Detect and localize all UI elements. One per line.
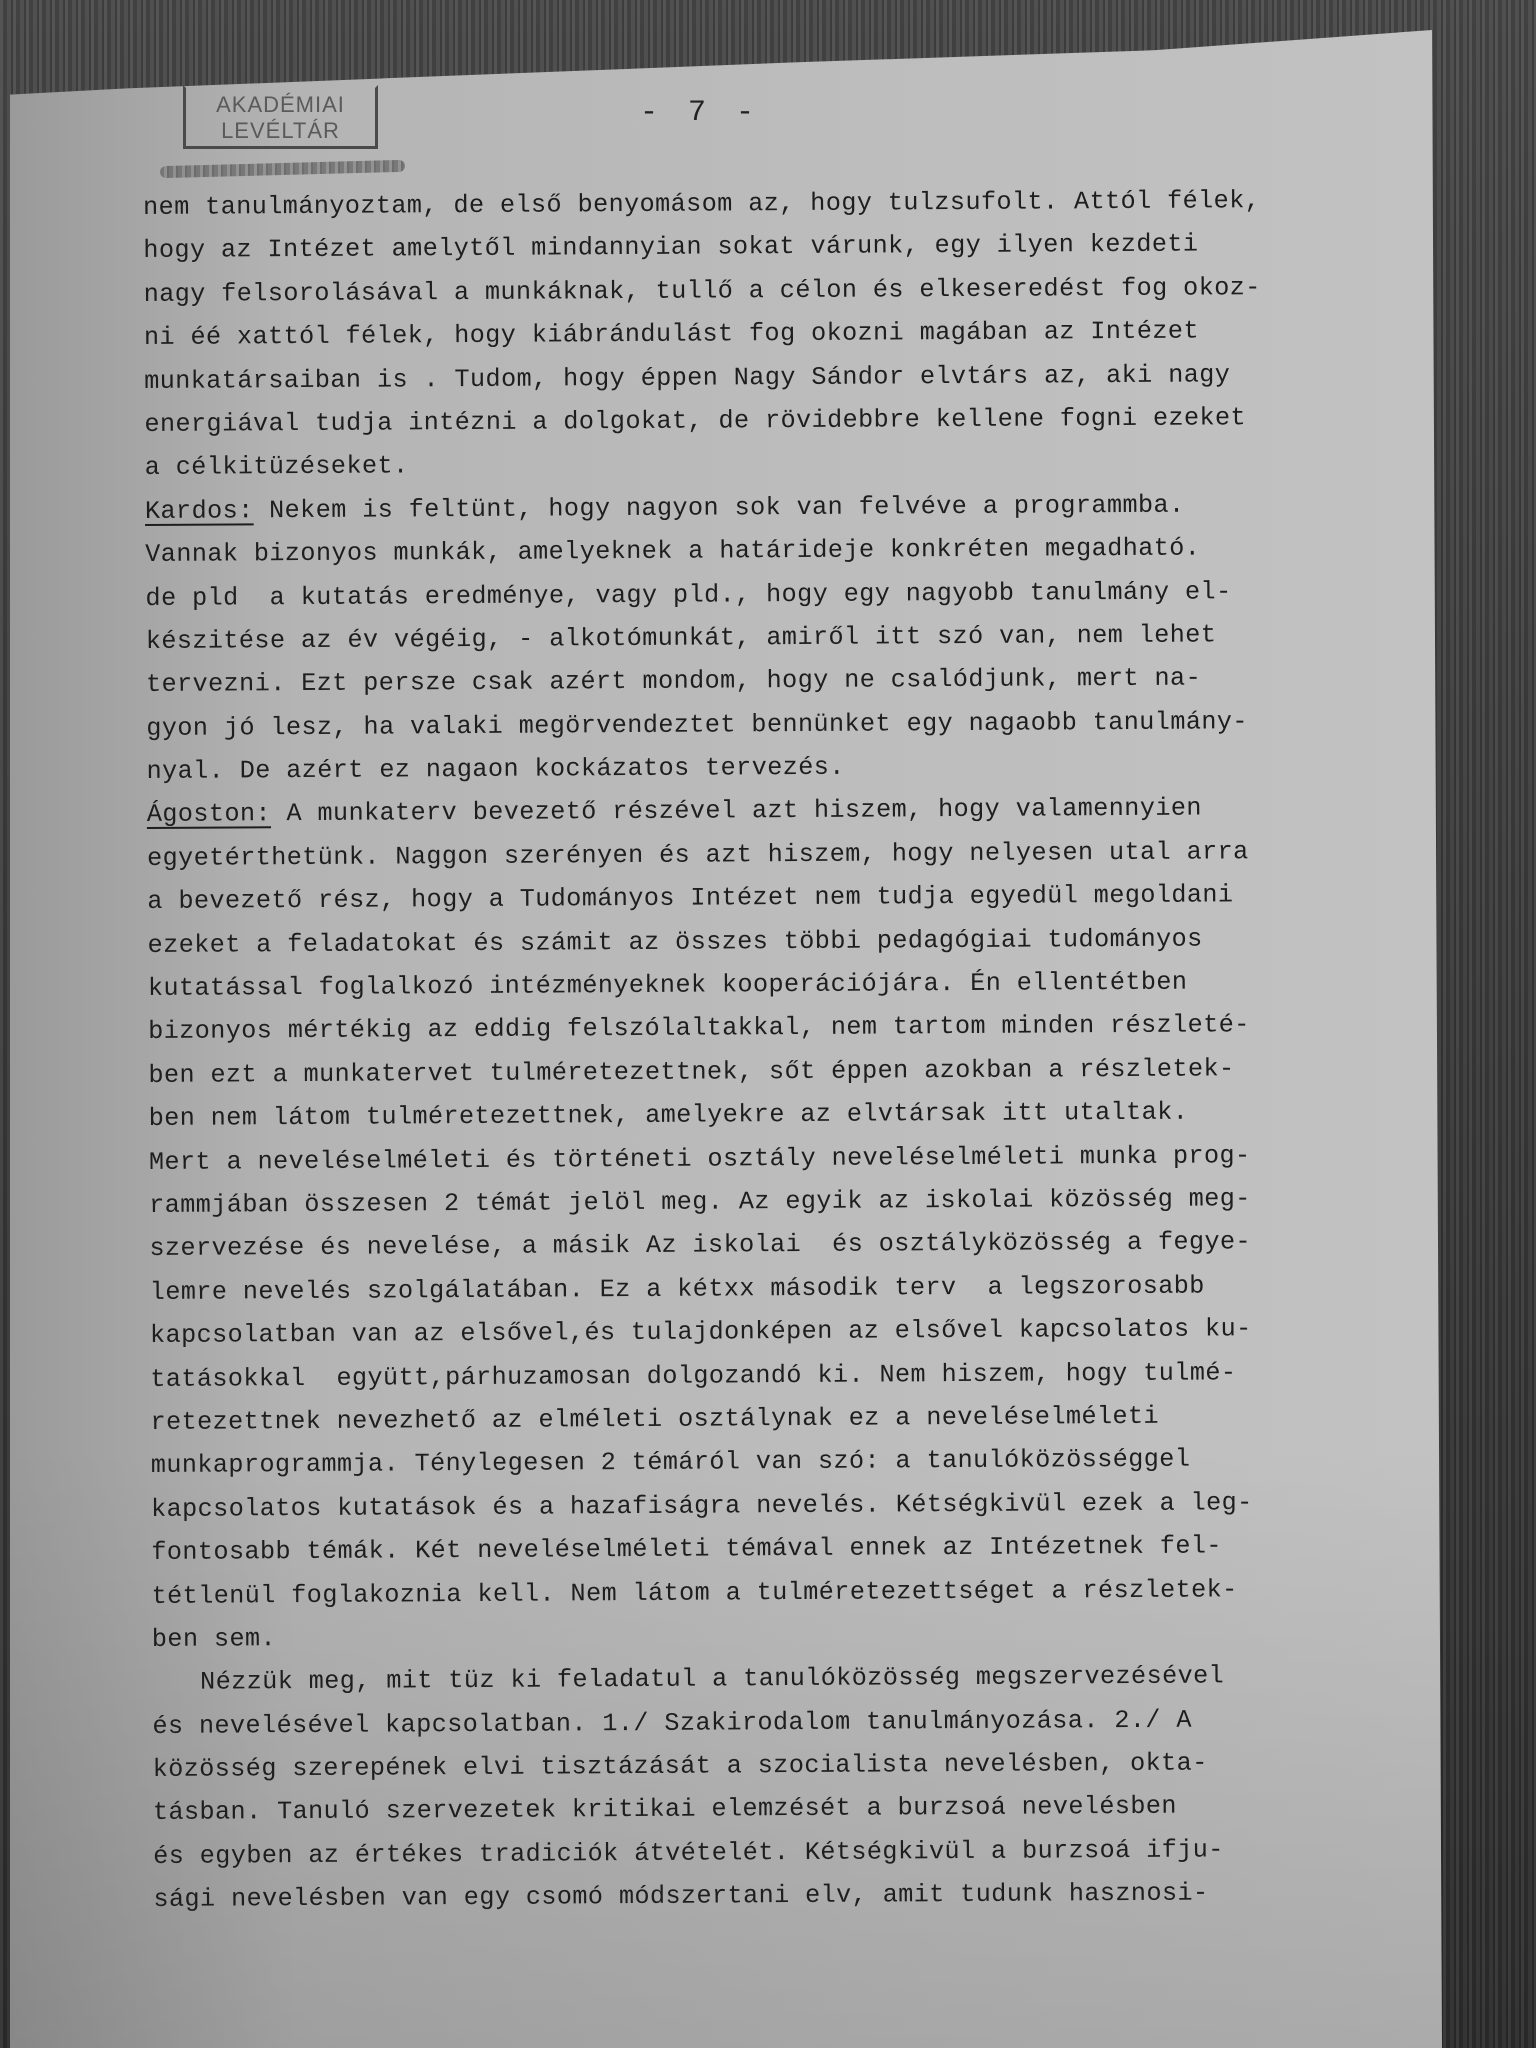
text-line: kutatással foglalkozó intézményeknek koo… [148,959,1418,1010]
text-line: Ágoston: A munkaterv bevezető részével a… [147,786,1417,837]
text-line: Mert a neveléselméleti és történeti oszt… [149,1133,1419,1184]
text-line: sági nevelésben van egy csomó módszertan… [153,1870,1423,1921]
line-text: Nekem is feltünt, hogy nagyon sok van fe… [254,490,1185,525]
line-text: tervezni. Ezt persze csak azért mondom, … [146,664,1201,699]
text-line: tásban. Tanuló szervezetek kritikai elem… [153,1784,1423,1835]
line-text: de pld a kutatás eredménye, vagy pld., h… [145,577,1231,613]
text-line: ben ezt a munkatervet tulméretezettnek, … [148,1046,1418,1097]
text-line: nyal. De azért ez nagaon kockázatos terv… [146,742,1416,793]
line-text: a célkitüzéseket. [145,452,409,483]
line-text: rammjában összesen 2 témát jelöl meg. Az… [149,1184,1251,1220]
speaker-name: Ágoston: [147,800,271,830]
line-text: készitése az év végéig, - alkotómunkát, … [146,620,1217,656]
line-text: sági nevelésben van egy csomó módszertan… [153,1879,1208,1914]
text-line: kapcsolatos kutatások és a hazafiságra n… [151,1480,1421,1531]
text-line: egyetérthetünk. Naggon szerényen és azt … [147,829,1417,880]
text-line: ni éé xattól félek, hogy kiábrándulást f… [144,308,1414,359]
text-line: de pld a kutatás eredménye, vagy pld., h… [145,569,1415,620]
stamp-line-2: LEVÉLTÁR [186,118,375,144]
line-text: munkaprogrammja. Ténylegesen 2 témáról v… [151,1445,1191,1480]
line-text: kutatással foglalkozó intézményeknek koo… [148,968,1188,1003]
line-text: kapcsolatban van az elsővel,és tulajdonk… [150,1314,1252,1350]
line-text: és nevelésével kapcsolatban. 1./ Szakiro… [152,1705,1192,1740]
text-line: és egyben az értékes tradiciók átvételét… [153,1827,1423,1878]
text-line: energiával tudja intézni a dolgokat, de … [144,395,1414,446]
line-text: tatásokkal együtt,párhuzamosan dolgozand… [150,1358,1236,1394]
line-text: gyon jó lesz, ha valaki megörvendeztet b… [146,707,1248,743]
line-text: tétlenül foglakoznia kell. Nem látom a t… [152,1575,1238,1611]
text-line: kapcsolatban van az elsővel,és tulajdonk… [150,1306,1420,1357]
line-text: munkatársaiban is . Tudom, hogy éppen Na… [144,360,1230,396]
text-line: tétlenül foglakoznia kell. Nem látom a t… [151,1567,1421,1618]
line-text: Mert a neveléselméleti és történeti oszt… [149,1141,1251,1177]
text-line: hogy az Intézet amelytől mindannyian sok… [143,222,1413,273]
line-text: Vannak bizonyos munkák, amelyeknek a hat… [145,534,1200,569]
line-text: nagy felsorolásával a munkáknak, tullő a… [144,273,1261,309]
text-line: lemre nevelés szolgálatában. Ez a kétxx … [150,1263,1420,1314]
text-line: közösség szerepének elvi tisztázását a s… [153,1740,1423,1791]
text-line: Vannak bizonyos munkák, amelyeknek a hat… [145,525,1415,576]
line-text: retezettnek nevezhető az elméleti osztál… [150,1402,1159,1437]
line-text: a bevezető rész, hogy a Tudományos Intéz… [147,881,1233,917]
text-line: a bevezető rész, hogy a Tudományos Intéz… [147,872,1417,923]
text-line: ben nem látom tulméretezettnek, amelyekr… [149,1089,1419,1140]
text-line: ben sem. [152,1610,1422,1661]
line-text: ben nem látom tulméretezettnek, amelyekr… [149,1098,1189,1133]
text-line: szervezése és nevelése, a másik Az iskol… [149,1220,1419,1271]
line-text: közösség szerepének elvi tisztázását a s… [153,1749,1208,1784]
text-line: gyon jó lesz, ha valaki megörvendeztet b… [146,699,1416,750]
text-line: Nézzük meg, mit tüz ki feladatul a tanul… [152,1653,1422,1704]
stamp-line-1: AKADÉMIAI [186,92,375,118]
line-text: szervezése és nevelése, a másik Az iskol… [149,1228,1251,1264]
text-line: fontosabb témák. Két neveléselméleti tém… [151,1523,1421,1574]
line-text: lemre nevelés szolgálatában. Ez a kétxx … [150,1271,1205,1306]
text-line: retezettnek nevezhető az elméleti osztál… [150,1393,1420,1444]
line-text: fontosabb témák. Két neveléselméleti tém… [151,1532,1222,1568]
page-number: - 7 - [640,96,760,130]
line-text: ezeket a feladatokat és számit az összes… [148,924,1203,959]
line-text: hogy az Intézet amelytől mindannyian sok… [143,230,1198,265]
typewritten-body: nem tanulmányoztam, de első benyomásom a… [143,178,1424,1921]
line-text: ben ezt a munkatervet tulméretezettnek, … [148,1054,1234,1090]
line-text: ni éé xattól félek, hogy kiábrándulást f… [144,317,1199,352]
text-line: a célkitüzéseket. [145,439,1415,490]
line-text: A munkaterv bevezető részével azt hiszem… [271,794,1202,829]
line-text: Nézzük meg, mit tüz ki feladatul a tanul… [200,1662,1224,1697]
archive-stamp: AKADÉMIAI LEVÉLTÁR [183,85,378,149]
line-text: nyal. De azért ez nagaon kockázatos terv… [146,753,844,786]
text-line: nem tanulmányoztam, de első benyomásom a… [143,178,1413,229]
speaker-name: Kardos: [145,496,254,526]
line-text: és egyben az értékes tradiciók átvételét… [153,1835,1224,1871]
text-line: munkaprogrammja. Ténylegesen 2 témáról v… [151,1437,1421,1488]
text-line: rammjában összesen 2 témát jelöl meg. Az… [149,1176,1419,1227]
line-text: energiával tudja intézni a dolgokat, de … [144,403,1246,439]
text-line: tatásokkal együtt,párhuzamosan dolgozand… [150,1350,1420,1401]
line-text: egyetérthetünk. Naggon szerényen és azt … [147,837,1249,873]
line-text: kapcsolatos kutatások és a hazafiságra n… [151,1488,1253,1524]
text-line: bizonyos mértékig az eddig felszólaltakk… [148,1003,1418,1054]
text-line: és nevelésével kapcsolatban. 1./ Szakiro… [152,1697,1422,1748]
text-line: ezeket a feladatokat és számit az összes… [148,916,1418,967]
line-text: bizonyos mértékig az eddig felszólaltakk… [148,1011,1250,1047]
line-text: nem tanulmányoztam, de első benyomásom a… [143,186,1260,222]
text-line: nagy felsorolásával a munkáknak, tullő a… [144,265,1414,316]
text-line: Kardos: Nekem is feltünt, hogy nagyon so… [145,482,1415,533]
line-text: tásban. Tanuló szervezetek kritikai elem… [153,1792,1177,1827]
text-line: munkatársaiban is . Tudom, hogy éppen Na… [144,352,1414,403]
text-line: tervezni. Ezt persze csak azért mondom, … [146,656,1416,707]
line-text: ben sem. [152,1624,276,1654]
text-line: készitése az év végéig, - alkotómunkát, … [146,612,1416,663]
